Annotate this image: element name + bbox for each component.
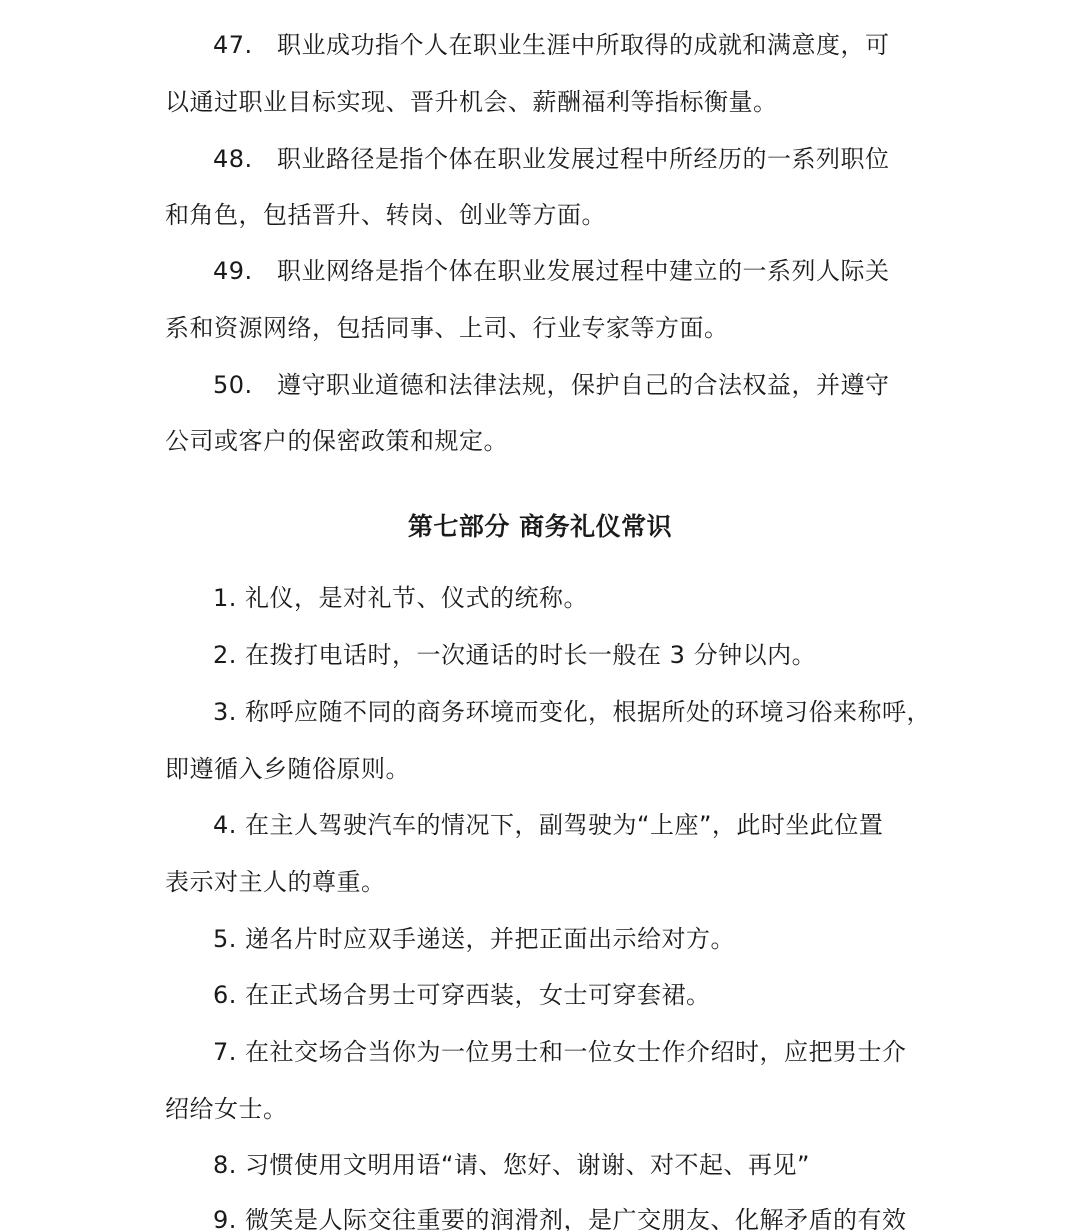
paragraph-49-line1: 49.职业网络是指个体在职业发展过程中建立的一系列人际关 xyxy=(213,256,925,286)
etiquette-item-2: 2. 在拨打电话时，一次通话的时长一般在 3 分钟以内。 xyxy=(213,640,925,670)
paragraph-48-line1: 48.职业路径是指个体在职业发展过程中所经历的一系列职位 xyxy=(213,144,925,174)
item-number: 4. xyxy=(213,810,237,840)
item-number: 3. xyxy=(213,697,237,727)
item-number: 1. xyxy=(213,583,237,613)
item-number: 49. xyxy=(213,256,277,286)
item-number: 2. xyxy=(213,640,237,670)
etiquette-item-3-line2: 即遵循入乡随俗原则。 xyxy=(165,754,925,784)
etiquette-item-6: 6. 在正式场合男士可穿西装，女士可穿套裙。 xyxy=(213,980,925,1010)
etiquette-item-7-line2: 绍给女士。 xyxy=(165,1094,925,1124)
item-number: 50. xyxy=(213,370,277,400)
etiquette-item-1: 1. 礼仪，是对礼节、仪式的统称。 xyxy=(213,583,925,613)
paragraph-text: 习惯使用文明用语“请、您好、谢谢、对不起、再见” xyxy=(245,1151,810,1179)
paragraph-text: 递名片时应双手递送，并把正面出示给对方。 xyxy=(245,925,735,953)
section-heading: 第七部分 商务礼仪常识 xyxy=(0,511,1080,543)
item-number: 9. xyxy=(213,1205,237,1231)
item-number: 8. xyxy=(213,1150,237,1180)
etiquette-item-7-line1: 7. 在社交场合当你为一位男士和一位女士作介绍时，应把男士介 xyxy=(213,1037,925,1067)
item-number: 48. xyxy=(213,144,277,174)
paragraph-text: 职业网络是指个体在职业发展过程中建立的一系列人际关 xyxy=(277,257,890,285)
paragraph-50-line2: 公司或客户的保密政策和规定。 xyxy=(165,426,925,456)
paragraph-text: 称呼应随不同的商务环境而变化，根据所处的环境习俗来称呼， xyxy=(245,698,931,726)
paragraph-47-line2: 以通过职业目标实现、晋升机会、薪酬福利等指标衡量。 xyxy=(165,87,925,117)
etiquette-item-9: 9. 微笑是人际交往重要的润滑剂，是广交朋友、化解矛盾的有效 xyxy=(213,1205,925,1231)
paragraph-text: 遵守职业道德和法律法规，保护自己的合法权益，并遵守 xyxy=(277,371,890,399)
item-number: 5. xyxy=(213,924,237,954)
paragraph-47-line1: 47.职业成功指个人在职业生涯中所取得的成就和满意度，可 xyxy=(213,30,925,60)
paragraph-50-line1: 50.遵守职业道德和法律法规，保护自己的合法权益，并遵守 xyxy=(213,370,925,400)
etiquette-item-4-line2: 表示对主人的尊重。 xyxy=(165,867,925,897)
paragraph-48-line2: 和角色，包括晋升、转岗、创业等方面。 xyxy=(165,200,925,230)
etiquette-item-5: 5. 递名片时应双手递送，并把正面出示给对方。 xyxy=(213,924,925,954)
paragraph-text: 职业成功指个人在职业生涯中所取得的成就和满意度，可 xyxy=(277,31,890,59)
item-number: 7. xyxy=(213,1037,237,1067)
item-number: 47. xyxy=(213,30,277,60)
paragraph-text: 职业路径是指个体在职业发展过程中所经历的一系列职位 xyxy=(277,145,890,173)
paragraph-text: 微笑是人际交往重要的润滑剂，是广交朋友、化解矛盾的有效 xyxy=(245,1206,907,1231)
paragraph-text: 在正式场合男士可穿西装，女士可穿套裙。 xyxy=(245,981,711,1009)
document-page: 47.职业成功指个人在职业生涯中所取得的成就和满意度，可 以通过职业目标实现、晋… xyxy=(0,0,1080,1231)
etiquette-item-8: 8. 习惯使用文明用语“请、您好、谢谢、对不起、再见” xyxy=(213,1150,925,1180)
item-number: 6. xyxy=(213,980,237,1010)
etiquette-item-4-line1: 4. 在主人驾驶汽车的情况下，副驾驶为“上座”，此时坐此位置 xyxy=(213,810,925,840)
paragraph-text: 在主人驾驶汽车的情况下，副驾驶为“上座”，此时坐此位置 xyxy=(245,811,883,839)
paragraph-text: 在社交场合当你为一位男士和一位女士作介绍时，应把男士介 xyxy=(245,1038,907,1066)
paragraph-text: 在拨打电话时，一次通话的时长一般在 3 分钟以内。 xyxy=(245,641,816,669)
paragraph-49-line2: 系和资源网络，包括同事、上司、行业专家等方面。 xyxy=(165,313,925,343)
paragraph-text: 礼仪，是对礼节、仪式的统称。 xyxy=(245,584,588,612)
etiquette-item-3-line1: 3. 称呼应随不同的商务环境而变化，根据所处的环境习俗来称呼， xyxy=(213,697,925,727)
